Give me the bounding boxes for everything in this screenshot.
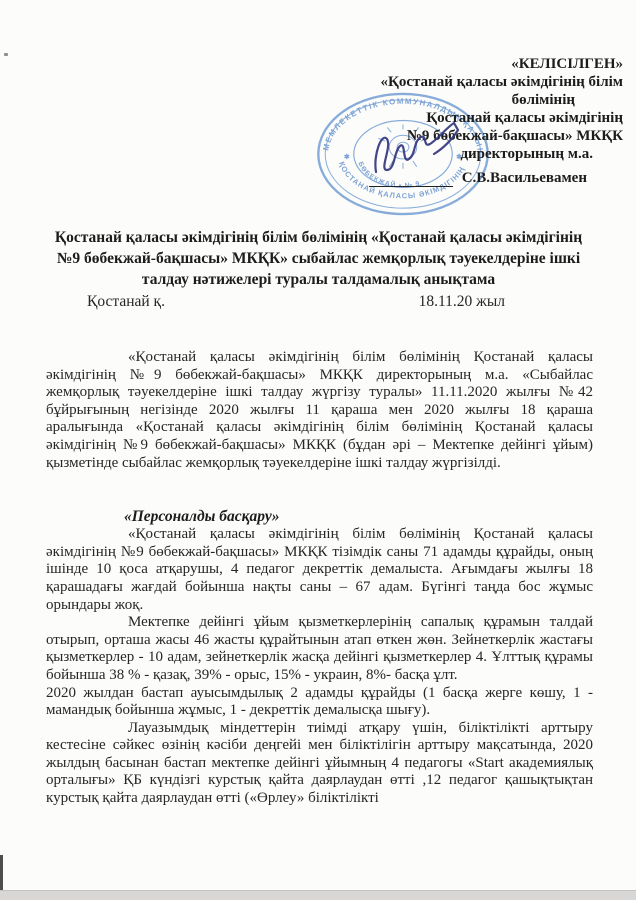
signature-line [369, 172, 453, 187]
document-page: «КЕЛІСІЛГЕН» «Қостанай қаласы әкімдігіні… [0, 0, 636, 900]
approval-role-line: директорының м.а. [307, 145, 593, 163]
dateline: Қостанай қ. 18.11.20 жыл [46, 293, 593, 311]
approval-org-line: «Қостанай қаласы әкімдігінің білім [307, 73, 623, 91]
approval-block: «КЕЛІСІЛГЕН» «Қостанай қаласы әкімдігіні… [307, 55, 623, 187]
scan-speck [4, 53, 8, 56]
paragraph-staff-count: «Қостанай қаласы әкімдігінің білім бөлім… [46, 526, 593, 614]
paragraph-intro: «Қостанай қаласы әкімдігінің білім бөлім… [46, 349, 593, 472]
document-title: Қостанай қаласы әкімдігінің білім бөлімі… [45, 227, 592, 290]
approval-agreed-label: «КЕЛІСІЛГЕН» [307, 55, 623, 73]
paragraph-staff-quality: Мектепке дейінгі ұйым қызметкерлерінің с… [46, 614, 593, 684]
scan-page-edge [0, 890, 636, 900]
document-body: «Қостанай қаласы әкімдігінің білім бөлім… [46, 349, 593, 808]
scan-edge-mark [0, 855, 3, 893]
signature-row: С.В.Васильевамен [307, 169, 623, 187]
date-label: 18.11.20 жыл [419, 293, 505, 311]
paragraph-turnover: 2020 жылдан бастап ауысымдылық 2 адамды … [46, 685, 593, 720]
paragraph-training: Лауазымдық міндеттерін тиімді атқару үші… [46, 720, 593, 808]
approval-org-line: Қостанай қаласы әкімдігінің [307, 109, 623, 127]
signer-name: С.В.Васильевамен [462, 169, 587, 187]
section-heading-personnel: «Персоналды басқару» [124, 508, 593, 526]
approval-org-line: №9 бөбекжай-бақшасы» МКҚК [307, 127, 623, 145]
place-label: Қостанай қ. [87, 293, 165, 311]
approval-org-line: бөлімінің [307, 91, 575, 109]
